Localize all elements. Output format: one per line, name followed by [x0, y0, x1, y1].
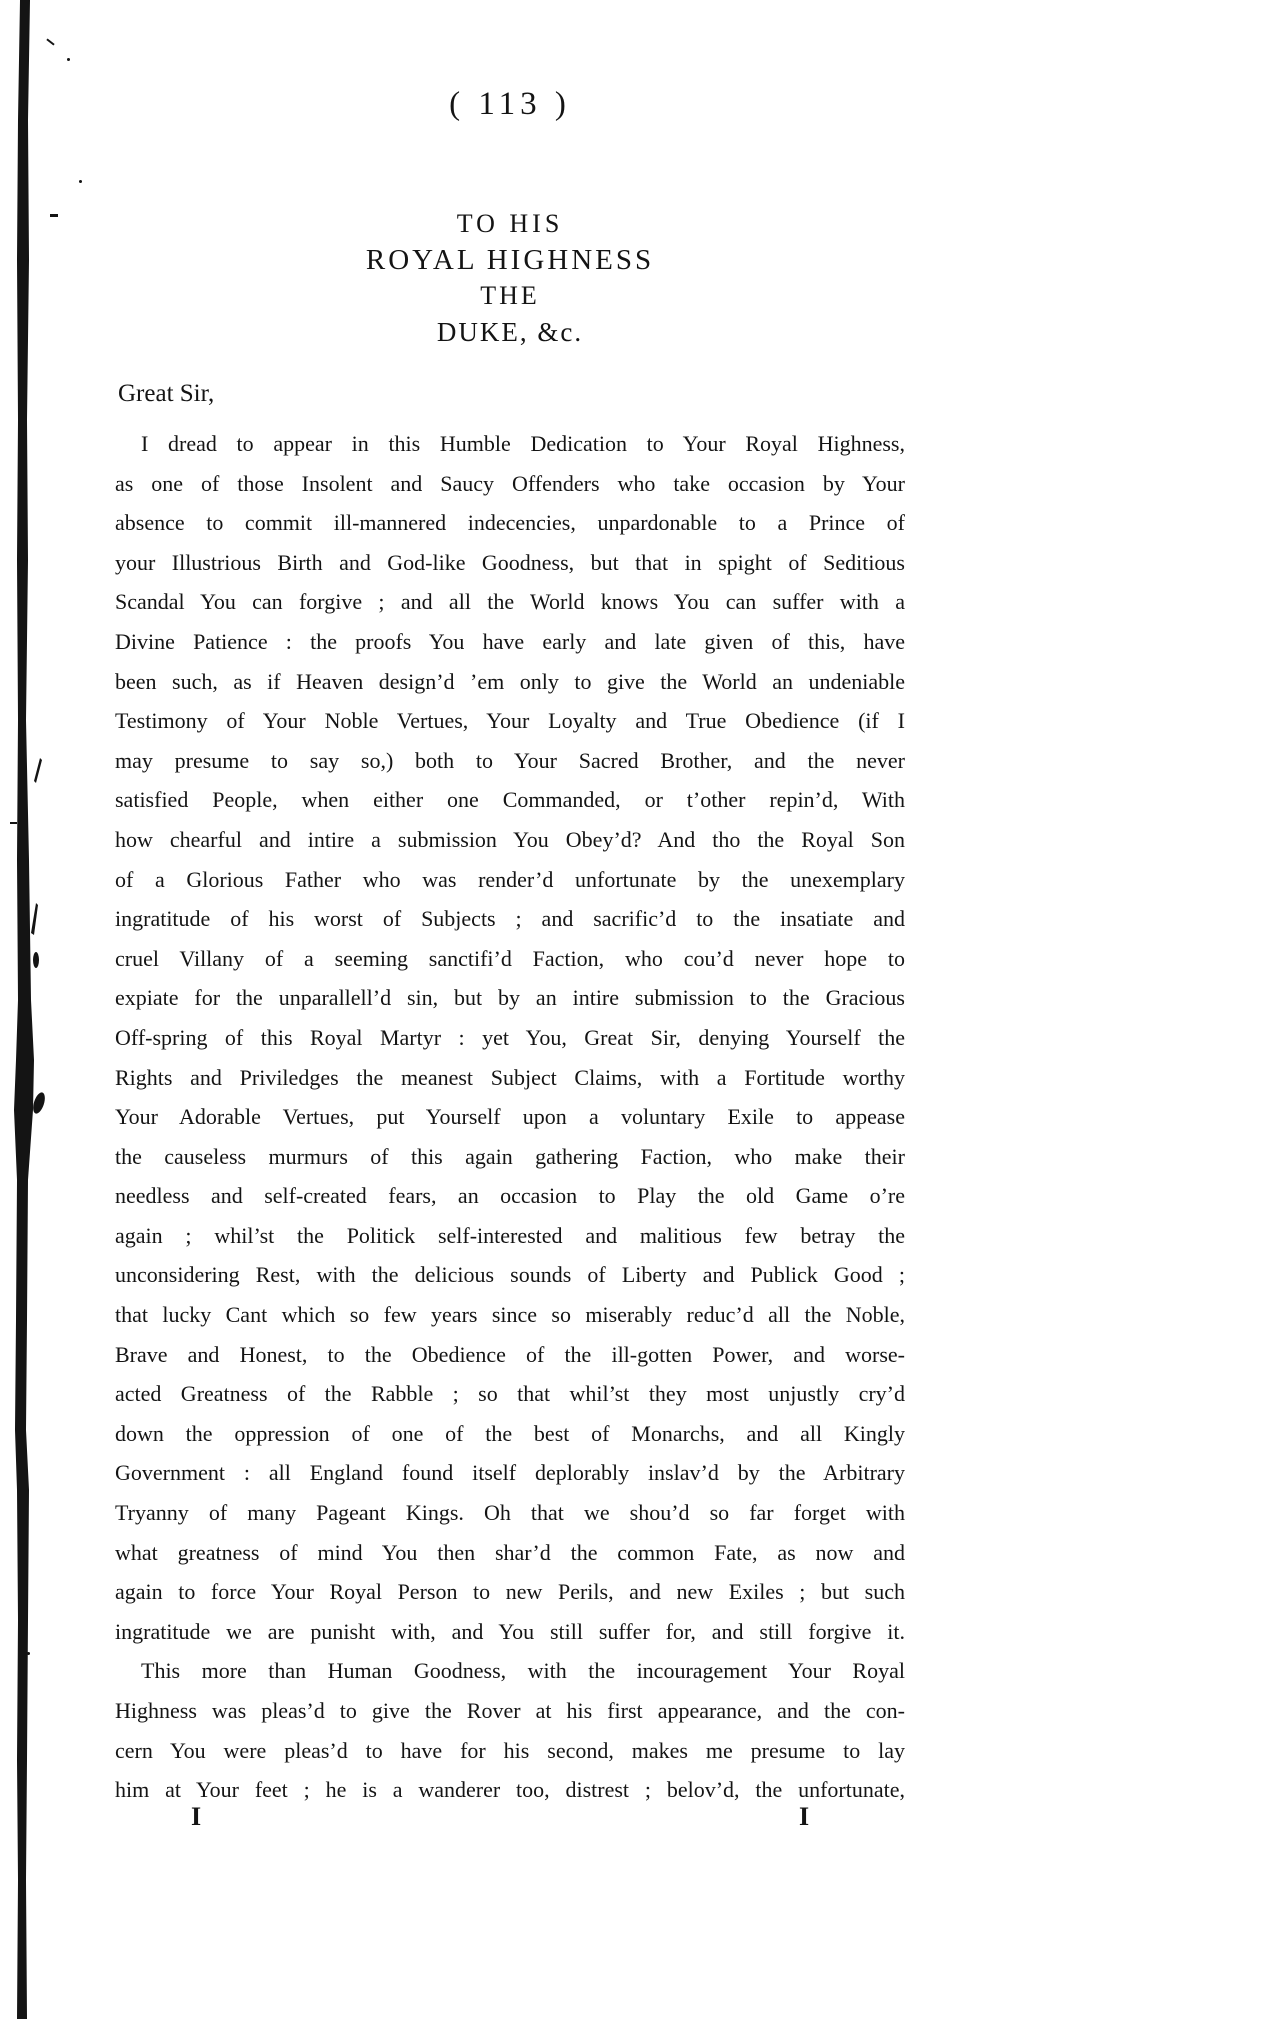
text-line: Testimony of Your Noble Vertues, Your Lo… [115, 701, 905, 741]
heading-line: DUKE, &c. [115, 314, 905, 350]
ink-speck [79, 180, 82, 183]
spine-edge-scan-artifact [0, 0, 60, 2019]
text-line: cruel Villany of a seeming sanctifi’d Fa… [115, 939, 905, 979]
text-line: down the oppression of one of the best o… [115, 1414, 905, 1454]
heading-line: THE [115, 278, 905, 314]
page-number: ( 113 ) [115, 86, 905, 123]
text-line: Brave and Honest, to the Obedience of th… [115, 1335, 905, 1375]
text-line: Tryanny of many Pageant Kings. Oh that w… [115, 1493, 905, 1533]
text-line: This more than Human Goodness, with the … [115, 1651, 905, 1691]
ink-speck [10, 822, 17, 824]
heading-line: TO HIS [115, 206, 905, 242]
book-page-scan: ( 113 ) TO HIS ROYAL HIGHNESS THE DUKE, … [0, 0, 1267, 2019]
text-line: ingratitude of his worst of Subjects ; a… [115, 899, 905, 939]
text-line: that lucky Cant which so few years since… [115, 1295, 905, 1335]
text-line: I dread to appear in this Humble Dedicat… [115, 424, 905, 464]
text-line: absence to commit ill-mannered indecenci… [115, 503, 905, 543]
text-line: the causeless murmurs of this again gath… [115, 1137, 905, 1177]
signature-mark-left: I [191, 1802, 201, 1832]
text-line: unconsidering Rest, with the delicious s… [115, 1255, 905, 1295]
text-line: Scandal You can forgive ; and all the Wo… [115, 582, 905, 622]
body-text: I dread to appear in this Humble Dedicat… [115, 424, 905, 1810]
text-line: Highness was pleas’d to give the Rover a… [115, 1691, 905, 1731]
text-line: of a Glorious Father who was render’d un… [115, 860, 905, 900]
heading-line: ROYAL HIGHNESS [115, 242, 905, 278]
text-line: Off-spring of this Royal Martyr : yet Yo… [115, 1018, 905, 1058]
text-line: your Illustrious Birth and God-like Good… [115, 543, 905, 583]
text-line: Divine Patience : the proofs You have ea… [115, 622, 905, 662]
ink-speck [67, 58, 70, 61]
text-line: acted Greatness of the Rabble ; so that … [115, 1374, 905, 1414]
ink-speck [50, 214, 58, 217]
text-line: cern You were pleas’d to have for his se… [115, 1731, 905, 1771]
text-line: again to force Your Royal Person to new … [115, 1572, 905, 1612]
text-line: may presume to say so,) both to Your Sac… [115, 741, 905, 781]
signature-mark-right: I [799, 1802, 809, 1832]
text-line: how chearful and intire a submission You… [115, 820, 905, 860]
text-line: satisfied People, when either one Comman… [115, 780, 905, 820]
text-line: as one of those Insolent and Saucy Offen… [115, 464, 905, 504]
text-line: ingratitude we are punisht with, and You… [115, 1612, 905, 1652]
text-line: Your Adorable Vertues, put Yourself upon… [115, 1097, 905, 1137]
dedication-heading: TO HIS ROYAL HIGHNESS THE DUKE, &c. [115, 206, 905, 350]
text-line: again ; whil’st the Politick self-intere… [115, 1216, 905, 1256]
text-line: Government : all England found itself de… [115, 1453, 905, 1493]
text-line: Rights and Priviledges the meanest Subje… [115, 1058, 905, 1098]
text-line: been such, as if Heaven design’d ’em onl… [115, 662, 905, 702]
text-line: what greatness of mind You then shar’d t… [115, 1533, 905, 1573]
ink-speck [27, 1652, 30, 1655]
salutation: Great Sir, [118, 380, 214, 408]
text-line: expiate for the unparallell’d sin, but b… [115, 978, 905, 1018]
text-line: needless and self-created fears, an occa… [115, 1176, 905, 1216]
signature-marks: I I [115, 1802, 905, 1844]
